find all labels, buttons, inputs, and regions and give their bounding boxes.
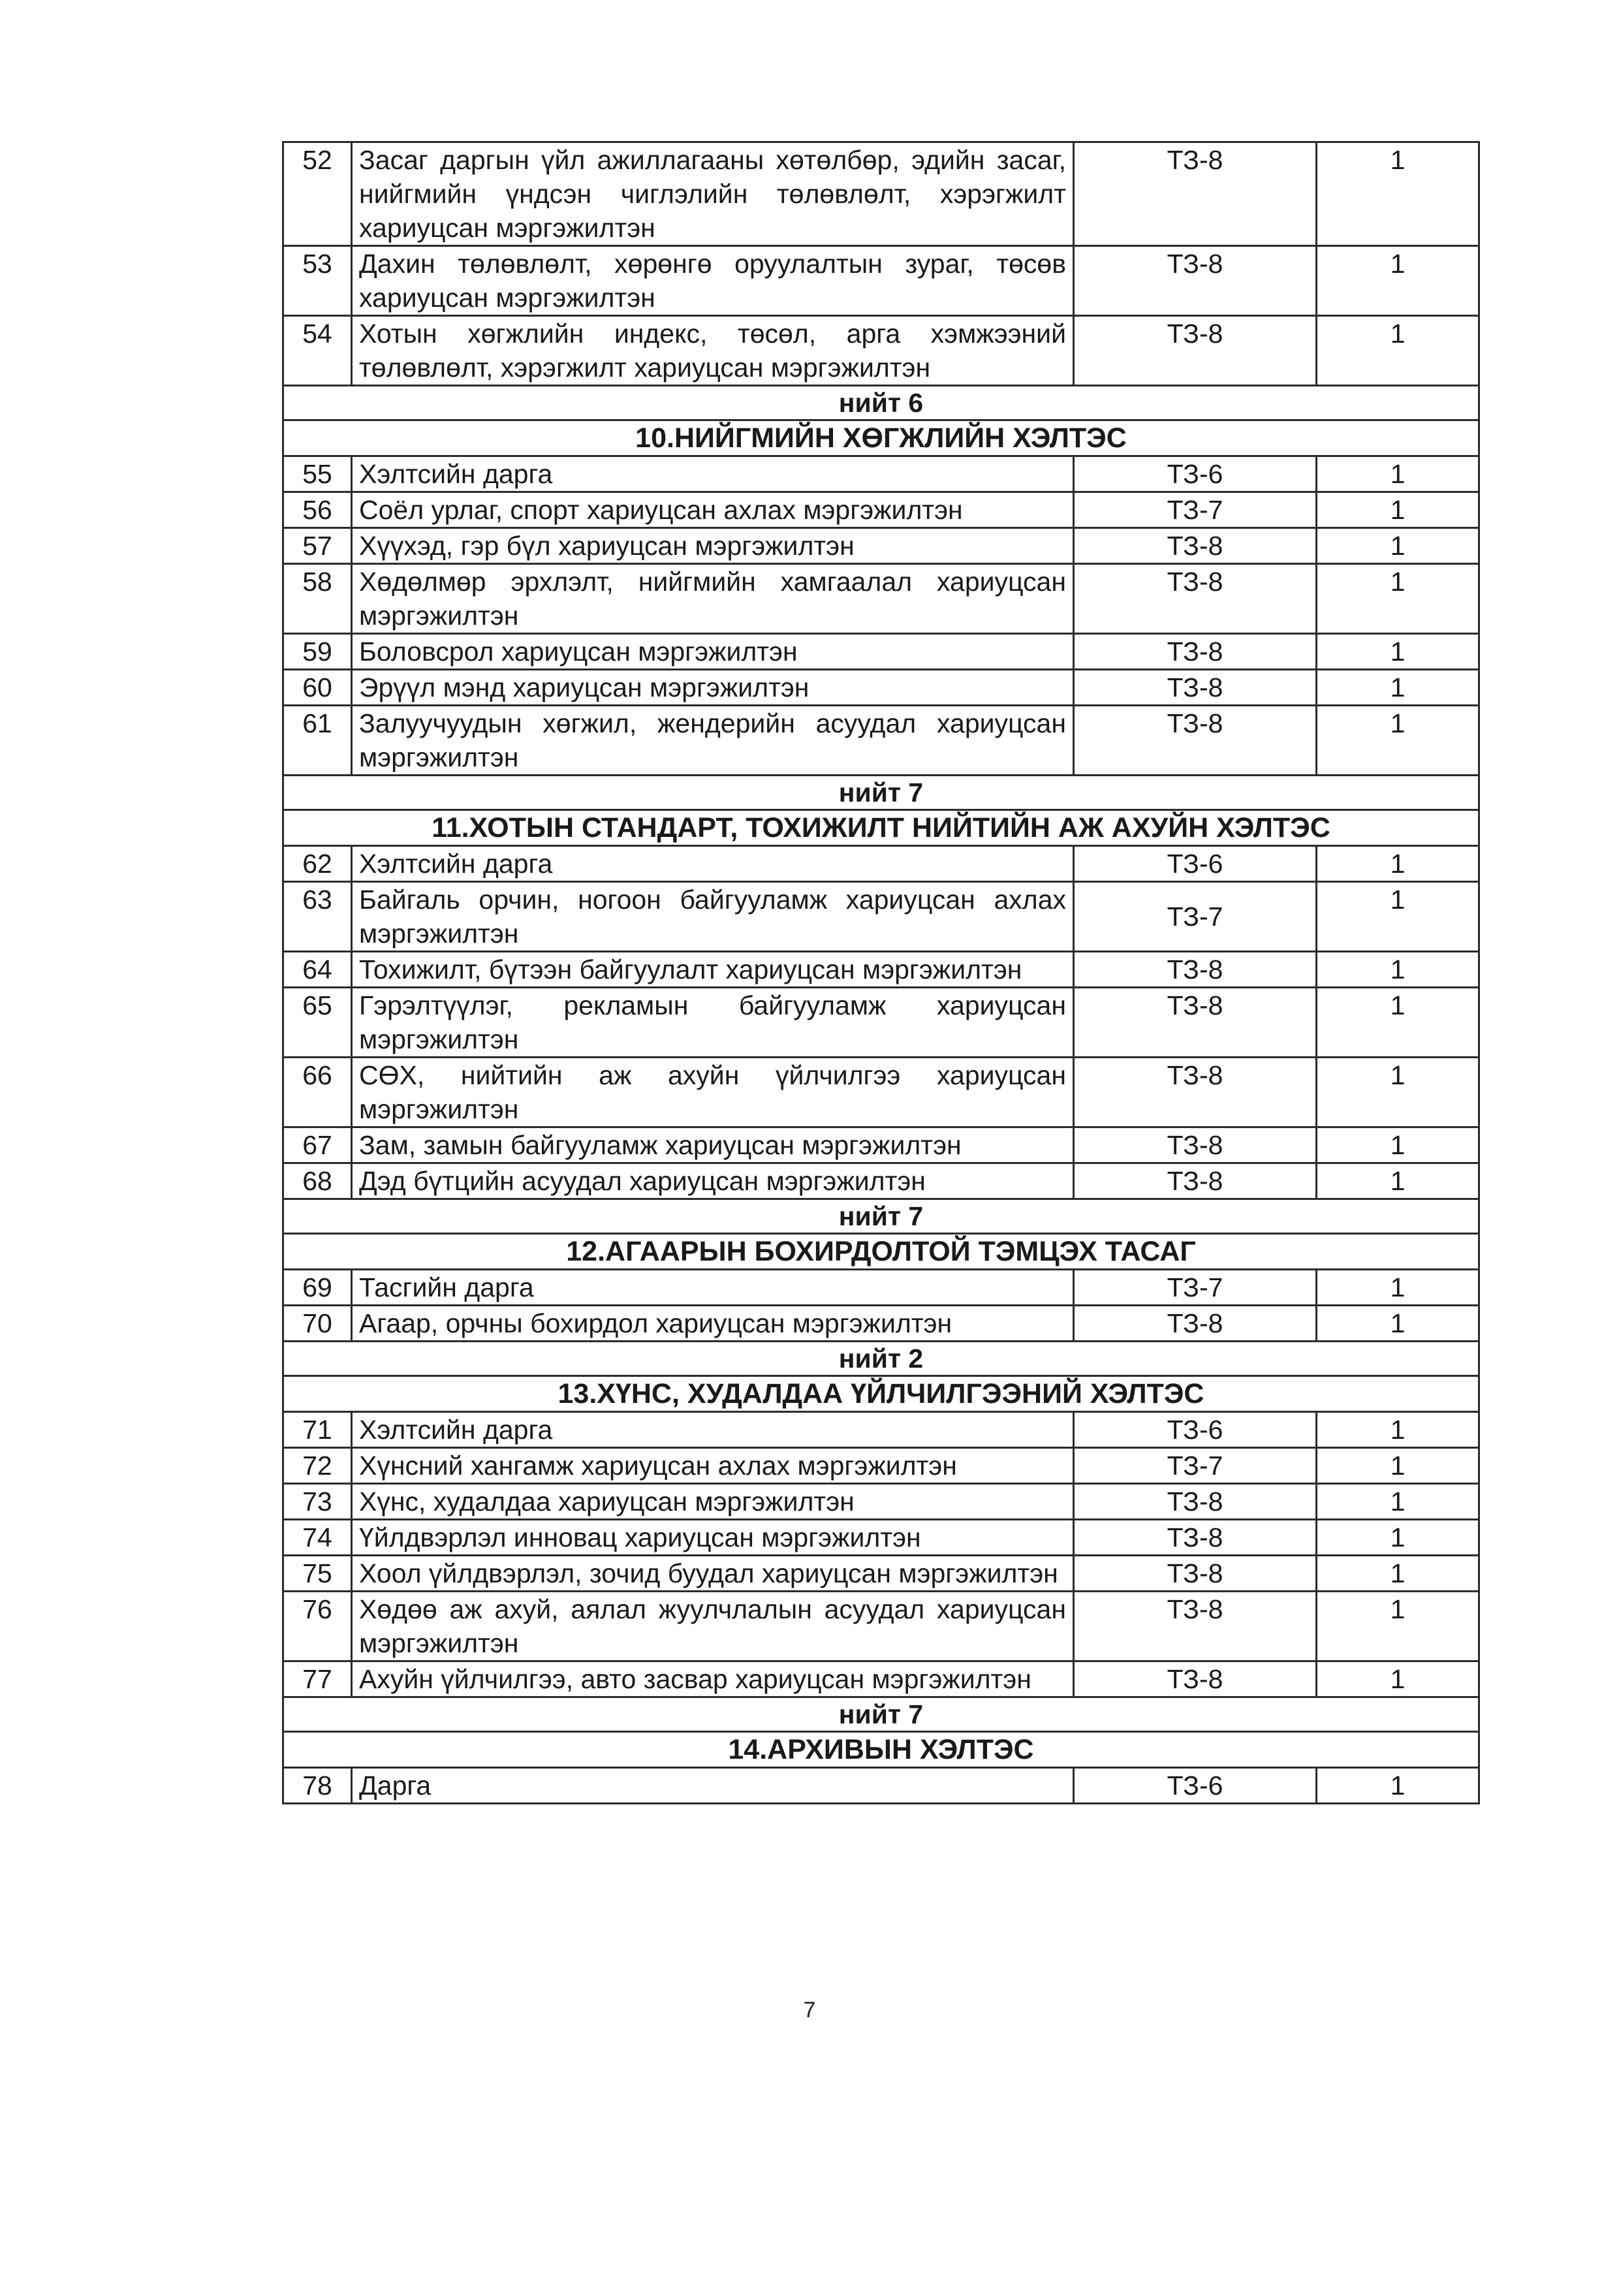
subtotal-row: нийт 7 [283,1697,1479,1732]
subtotal-label: нийт 2 [283,1342,1479,1376]
position-number: 62 [283,846,352,882]
page-number: 7 [0,1998,1619,2023]
grade-code: ТЗ-8 [1074,670,1317,706]
table-row: 65Гэрэлтүүлэг, рекламын байгууламж хариу… [283,988,1479,1058]
position-number: 71 [283,1412,352,1448]
table-row: 75Хоол үйлдвэрлэл, зочид буудал хариуцса… [283,1556,1479,1592]
position-count: 1 [1317,882,1479,952]
subtotal-row: нийт 7 [283,1199,1479,1234]
table-row: 73Хүнс, худалдаа хариуцсан мэргэжилтэнТЗ… [283,1484,1479,1520]
table-row: 67Зам, замын байгууламж хариуцсан мэргэж… [283,1127,1479,1163]
subtotal-row: нийт 2 [283,1342,1479,1376]
position-title: Эрүүл мэнд хариуцсан мэргэжилтэн [352,670,1074,706]
position-number: 58 [283,564,352,634]
grade-code: ТЗ-7 [1074,1270,1317,1306]
table-row: 61Залуучуудын хөгжил, жендерийн асуудал … [283,706,1479,776]
table-row: 63Байгаль орчин, ногоон байгууламж хариу… [283,882,1479,952]
position-count: 1 [1317,1448,1479,1484]
position-number: 53 [283,246,352,316]
position-count: 1 [1317,564,1479,634]
position-number: 64 [283,952,352,988]
position-title: Засаг даргын үйл ажиллагааны хөтөлбөр, э… [352,142,1074,246]
table-row: 66СӨХ, нийтийн аж ахуйн үйлчилгээ хариуц… [283,1058,1479,1127]
position-title: Хэлтсийн дарга [352,1412,1074,1448]
position-title: Хэлтсийн дарга [352,456,1074,492]
position-count: 1 [1317,988,1479,1058]
position-number: 63 [283,882,352,952]
table-row: 70Агаар, орчны бохирдол хариуцсан мэргэж… [283,1306,1479,1342]
position-count: 1 [1317,492,1479,528]
position-title: Ахуйн үйлчилгээ, авто засвар хариуцсан м… [352,1661,1074,1697]
grade-code: ТЗ-8 [1074,706,1317,776]
section-title: 11.ХОТЫН СТАНДАРТ, ТОХИЖИЛТ НИЙТИЙН АЖ А… [283,810,1479,846]
section-header-row: 13.ХҮНС, ХУДАЛДАА ҮЙЛЧИЛГЭЭНИЙ ХЭЛТЭС [283,1376,1479,1412]
position-title: Тохижилт, бүтээн байгуулалт хариуцсан мэ… [352,952,1074,988]
document-page: 52Засаг даргын үйл ажиллагааны хөтөлбөр,… [0,0,1619,2296]
grade-code: ТЗ-7 [1074,492,1317,528]
grade-code: ТЗ-6 [1074,846,1317,882]
section-header-row: 11.ХОТЫН СТАНДАРТ, ТОХИЖИЛТ НИЙТИЙН АЖ А… [283,810,1479,846]
position-title: Үйлдвэрлэл инновац хариуцсан мэргэжилтэн [352,1520,1074,1556]
table-row: 69Тасгийн даргаТЗ-71 [283,1270,1479,1306]
grade-code: ТЗ-8 [1074,1306,1317,1342]
position-count: 1 [1317,1058,1479,1127]
position-count: 1 [1317,1768,1479,1804]
position-count: 1 [1317,706,1479,776]
section-title: 13.ХҮНС, ХУДАЛДАА ҮЙЛЧИЛГЭЭНИЙ ХЭЛТЭС [283,1376,1479,1412]
section-title: 14.АРХИВЫН ХЭЛТЭС [283,1732,1479,1768]
table-row: 55Хэлтсийн даргаТЗ-61 [283,456,1479,492]
position-title: Дэд бүтцийн асуудал хариуцсан мэргэжилтэ… [352,1163,1074,1199]
table-row: 76Хөдөө аж ахуй, аялал жуулчлалын асууда… [283,1592,1479,1661]
section-title: 12.АГААРЫН БОХИРДОЛТОЙ ТЭМЦЭХ ТАСАГ [283,1234,1479,1270]
position-count: 1 [1317,1661,1479,1697]
position-number: 67 [283,1127,352,1163]
position-title: Зам, замын байгууламж хариуцсан мэргэжил… [352,1127,1074,1163]
position-count: 1 [1317,1127,1479,1163]
position-title: Боловсрол хариуцсан мэргэжилтэн [352,634,1074,670]
grade-code: ТЗ-8 [1074,1058,1317,1127]
position-title: Байгаль орчин, ногоон байгууламж хариуцс… [352,882,1074,952]
grade-code: ТЗ-8 [1074,528,1317,564]
position-count: 1 [1317,846,1479,882]
position-title: Хоол үйлдвэрлэл, зочид буудал хариуцсан … [352,1556,1074,1592]
position-title: Хүнс, худалдаа хариуцсан мэргэжилтэн [352,1484,1074,1520]
position-number: 52 [283,142,352,246]
position-title: Залуучуудын хөгжил, жендерийн асуудал ха… [352,706,1074,776]
position-title: Дарга [352,1768,1074,1804]
subtotal-label: нийт 7 [283,1199,1479,1234]
subtotal-row: нийт 7 [283,776,1479,810]
table-row: 71Хэлтсийн даргаТЗ-61 [283,1412,1479,1448]
table-row: 57Хүүхэд, гэр бүл хариуцсан мэргэжилтэнТ… [283,528,1479,564]
position-number: 72 [283,1448,352,1484]
table-row: 78ДаргаТЗ-61 [283,1768,1479,1804]
table-row: 56Соёл урлаг, спорт хариуцсан ахлах мэрг… [283,492,1479,528]
position-count: 1 [1317,634,1479,670]
position-title: Тасгийн дарга [352,1270,1074,1306]
position-title: Хотын хөгжлийн индекс, төсөл, арга хэмжэ… [352,316,1074,386]
table-row: 62Хэлтсийн даргаТЗ-61 [283,846,1479,882]
position-count: 1 [1317,1556,1479,1592]
grade-code: ТЗ-7 [1074,1448,1317,1484]
position-number: 60 [283,670,352,706]
position-title: Гэрэлтүүлэг, рекламын байгууламж хариуцс… [352,988,1074,1058]
section-header-row: 14.АРХИВЫН ХЭЛТЭС [283,1732,1479,1768]
table-row: 74Үйлдвэрлэл инновац хариуцсан мэргэжилт… [283,1520,1479,1556]
position-count: 1 [1317,1520,1479,1556]
grade-code: ТЗ-6 [1074,1768,1317,1804]
grade-code: ТЗ-8 [1074,1520,1317,1556]
grade-code: ТЗ-6 [1074,1412,1317,1448]
grade-code: ТЗ-8 [1074,952,1317,988]
position-number: 59 [283,634,352,670]
grade-code: ТЗ-8 [1074,1484,1317,1520]
grade-code: ТЗ-8 [1074,1127,1317,1163]
position-count: 1 [1317,952,1479,988]
position-title: Хүүхэд, гэр бүл хариуцсан мэргэжилтэн [352,528,1074,564]
table-row: 60Эрүүл мэнд хариуцсан мэргэжилтэнТЗ-81 [283,670,1479,706]
staffing-table: 52Засаг даргын үйл ажиллагааны хөтөлбөр,… [282,141,1480,1804]
position-number: 68 [283,1163,352,1199]
grade-code: ТЗ-8 [1074,316,1317,386]
position-title: Дахин төлөвлөлт, хөрөнгө оруулалтын зура… [352,246,1074,316]
grade-code: ТЗ-8 [1074,1556,1317,1592]
grade-code: ТЗ-8 [1074,1592,1317,1661]
grade-code: ТЗ-6 [1074,456,1317,492]
position-count: 1 [1317,1592,1479,1661]
table-row: 68Дэд бүтцийн асуудал хариуцсан мэргэжил… [283,1163,1479,1199]
position-title: Хүнсний хангамж хариуцсан ахлах мэргэжил… [352,1448,1074,1484]
position-count: 1 [1317,316,1479,386]
subtotal-label: нийт 7 [283,1697,1479,1732]
position-number: 70 [283,1306,352,1342]
position-count: 1 [1317,246,1479,316]
position-number: 73 [283,1484,352,1520]
position-number: 74 [283,1520,352,1556]
position-number: 57 [283,528,352,564]
table-row: 64Тохижилт, бүтээн байгуулалт хариуцсан … [283,952,1479,988]
position-number: 55 [283,456,352,492]
grade-code: ТЗ-8 [1074,564,1317,634]
table-row: 53Дахин төлөвлөлт, хөрөнгө оруулалтын зу… [283,246,1479,316]
grade-code: ТЗ-8 [1074,246,1317,316]
position-number: 54 [283,316,352,386]
position-count: 1 [1317,528,1479,564]
position-title: СӨХ, нийтийн аж ахуйн үйлчилгээ хариуцса… [352,1058,1074,1127]
position-number: 61 [283,706,352,776]
position-number: 69 [283,1270,352,1306]
position-number: 56 [283,492,352,528]
grade-code: ТЗ-8 [1074,1661,1317,1697]
position-number: 76 [283,1592,352,1661]
table-row: 72Хүнсний хангамж хариуцсан ахлах мэргэж… [283,1448,1479,1484]
position-count: 1 [1317,1412,1479,1448]
position-count: 1 [1317,1484,1479,1520]
position-number: 65 [283,988,352,1058]
table-row: 54Хотын хөгжлийн индекс, төсөл, арга хэм… [283,316,1479,386]
section-title: 10.НИЙГМИЙН ХӨГЖЛИЙН ХЭЛТЭС [283,420,1479,456]
position-count: 1 [1317,670,1479,706]
table-row: 77Ахуйн үйлчилгээ, авто засвар хариуцсан… [283,1661,1479,1697]
grade-code: ТЗ-8 [1074,1163,1317,1199]
grade-code: ТЗ-8 [1074,988,1317,1058]
position-count: 1 [1317,456,1479,492]
staffing-table-body: 52Засаг даргын үйл ажиллагааны хөтөлбөр,… [283,142,1479,1804]
grade-code: ТЗ-8 [1074,142,1317,246]
grade-code: ТЗ-8 [1074,634,1317,670]
table-row: 52Засаг даргын үйл ажиллагааны хөтөлбөр,… [283,142,1479,246]
table-row: 59Боловсрол хариуцсан мэргэжилтэнТЗ-81 [283,634,1479,670]
position-number: 75 [283,1556,352,1592]
position-count: 1 [1317,1306,1479,1342]
position-count: 1 [1317,1270,1479,1306]
position-title: Хэлтсийн дарга [352,846,1074,882]
position-title: Агаар, орчны бохирдол хариуцсан мэргэжил… [352,1306,1074,1342]
subtotal-row: нийт 6 [283,386,1479,420]
position-number: 66 [283,1058,352,1127]
position-title: Хөдөө аж ахуй, аялал жуулчлалын асуудал … [352,1592,1074,1661]
position-count: 1 [1317,142,1479,246]
table-row: 58Хөдөлмөр эрхлэлт, нийгмийн хамгаалал х… [283,564,1479,634]
position-title: Соёл урлаг, спорт хариуцсан ахлах мэргэж… [352,492,1074,528]
position-number: 78 [283,1768,352,1804]
position-count: 1 [1317,1163,1479,1199]
position-number: 77 [283,1661,352,1697]
subtotal-label: нийт 6 [283,386,1479,420]
grade-code: ТЗ-7 [1074,882,1317,952]
position-title: Хөдөлмөр эрхлэлт, нийгмийн хамгаалал хар… [352,564,1074,634]
section-header-row: 12.АГААРЫН БОХИРДОЛТОЙ ТЭМЦЭХ ТАСАГ [283,1234,1479,1270]
section-header-row: 10.НИЙГМИЙН ХӨГЖЛИЙН ХЭЛТЭС [283,420,1479,456]
subtotal-label: нийт 7 [283,776,1479,810]
